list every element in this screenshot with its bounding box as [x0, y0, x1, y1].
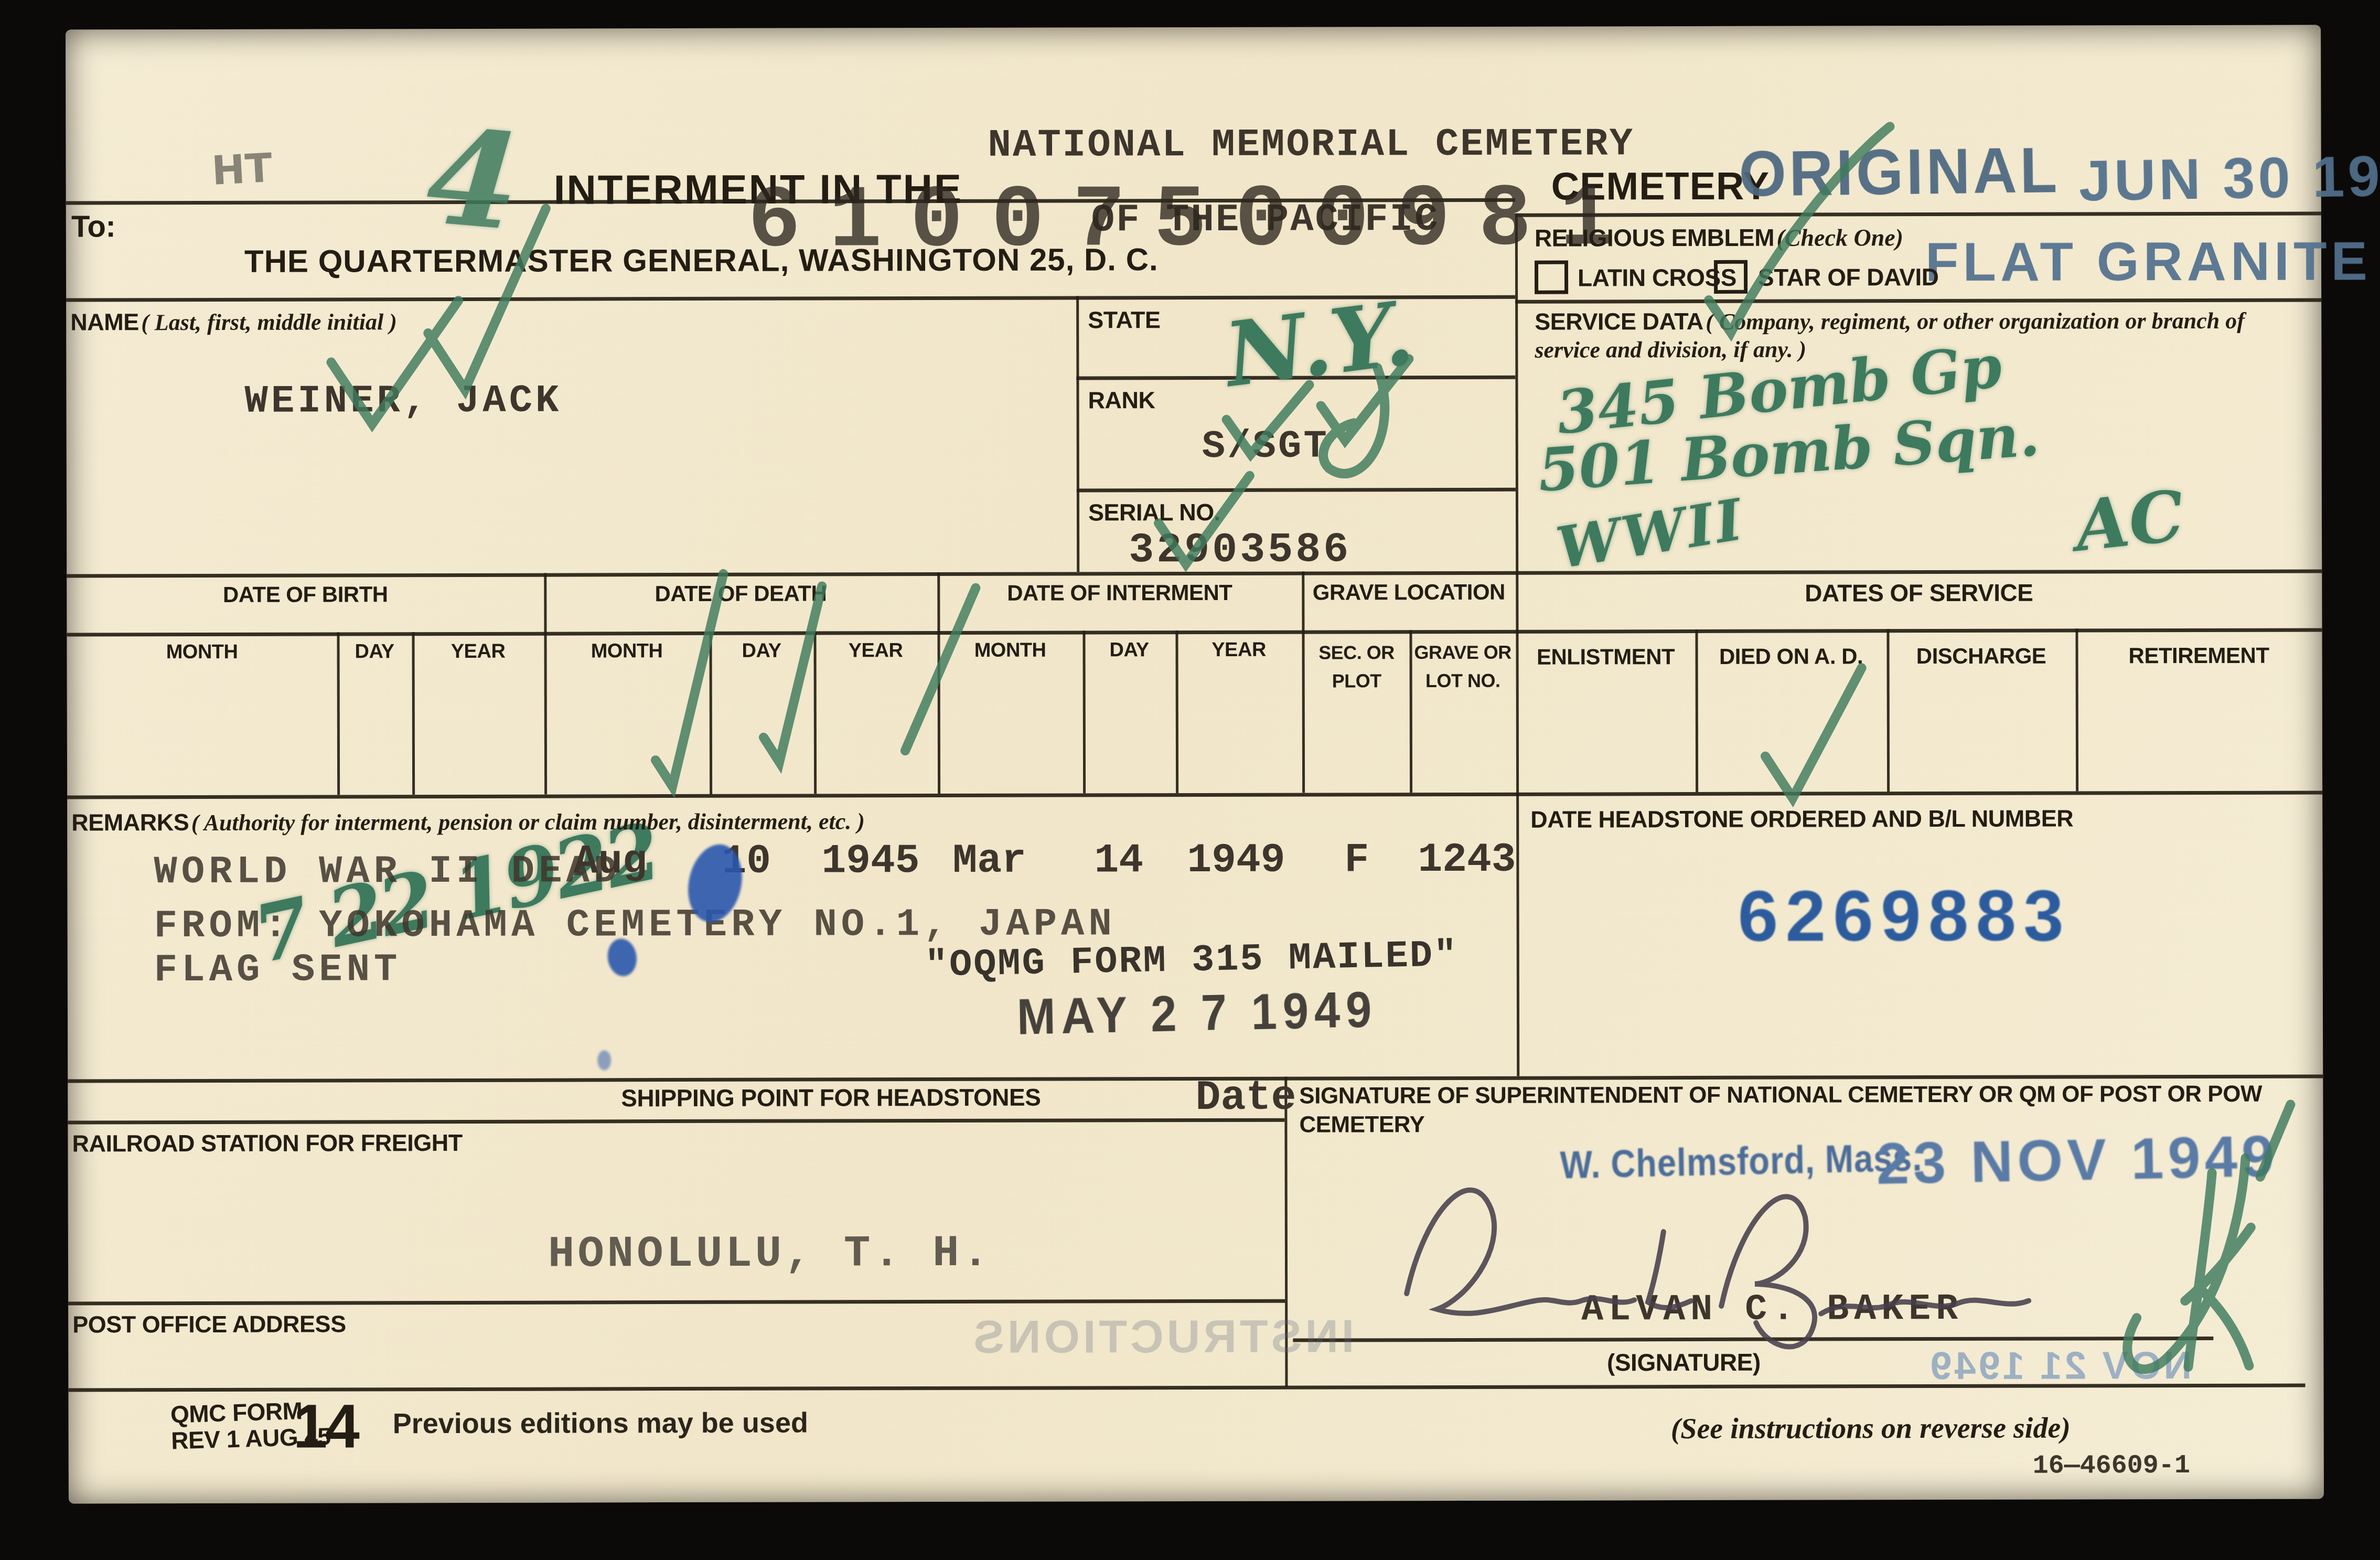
- green-mark-4: 4: [421, 99, 525, 260]
- rank-value: S/SGT: [1202, 424, 1329, 469]
- signatory-typed-name: ALVAN C. BAKER: [1581, 1289, 1963, 1331]
- retirement-col-label: RETIREMENT: [2076, 643, 2322, 668]
- remarks-label-row: REMARKS ( Authority for interment, pensi…: [71, 807, 865, 836]
- headstone-order-label: DATE HEADSTONE ORDERED AND B/L NUMBER: [1530, 805, 2073, 833]
- birth-header: DATE OF BIRTH: [67, 582, 544, 608]
- death-day-label: DAY: [710, 640, 814, 663]
- to-label: To:: [71, 209, 116, 244]
- death-year-value: 1945: [821, 838, 919, 884]
- died-on-ad-col-label: DIED ON A. D.: [1696, 644, 1887, 669]
- bleed-through-mirrored-text: INSTRUCTIONS: [970, 1309, 1354, 1364]
- interment-month-value: Mar: [952, 838, 1026, 884]
- grave-lot-value: 1243: [1418, 837, 1516, 883]
- interment-day-value: 14: [1094, 838, 1143, 884]
- mailed-date-stamp: MAY 2 7 1949: [1016, 981, 1378, 1046]
- pencil-note: HT: [210, 144, 273, 194]
- service-entry-4: AC: [2071, 475, 2188, 568]
- death-month-label: MONTH: [544, 640, 710, 663]
- railroad-label: RAILROAD STATION FOR FREIGHT: [72, 1129, 462, 1158]
- signature-block-header: SIGNATURE OF SUPERINTENDENT OF NATIONAL …: [1299, 1080, 2296, 1139]
- rule-serial-top: [1077, 488, 1516, 493]
- green-initial-k-arm: [2185, 1227, 2251, 1301]
- green-initial-k-leg: [2199, 1287, 2249, 1366]
- previous-editions-note: Previous editions may be used: [393, 1407, 808, 1440]
- interment-year-value: 1949: [1187, 838, 1285, 884]
- remarks-line-3: FLAG SENT: [154, 948, 402, 992]
- headstone-type-stamp: FLAT GRANITE: [1925, 230, 2372, 294]
- rule-signature-line: [1293, 1337, 2213, 1342]
- divider-state-column: [1076, 296, 1079, 572]
- form-paper: HT 4 INTERMENT IN THE NATIONAL MEMORIAL …: [66, 25, 2324, 1504]
- mirrored-date-stamp: NOV 21 1949: [1927, 1343, 2192, 1388]
- religious-emblem-label: RELIGIOUS EMBLEM: [1535, 224, 1774, 252]
- chelmsford-place-stamp: W. Chelmsford, Mass.: [1560, 1135, 1923, 1187]
- serial-value: 32903586: [1129, 526, 1351, 574]
- rule-dates-bottom: [67, 790, 2322, 799]
- interment-day-label: DAY: [1083, 639, 1176, 661]
- grave-lot-label: GRAVE OR LOT NO.: [1410, 638, 1515, 695]
- name-note: ( Last, first, middle initial ): [141, 309, 397, 335]
- remarks-line-1: WORLD WAR II DEAD: [154, 849, 621, 894]
- cemetery-typed-name-line1: NATIONAL MEMORIAL CEMETERY: [988, 122, 1634, 168]
- discharge-col-label: DISCHARGE: [1887, 643, 2076, 669]
- grave-sec-value: F: [1344, 837, 1369, 883]
- grave-sec-label: SEC. OR PLOT: [1304, 638, 1408, 695]
- star-of-david-checkbox: [1714, 260, 1748, 294]
- received-date-stamp: JUN 30 1949: [2078, 142, 2380, 214]
- addressee: THE QUARTERMASTER GENERAL, WASHINGTON 25…: [244, 241, 1159, 280]
- interment-year-label: YEAR: [1175, 639, 1302, 662]
- ink-blot-tiny: [597, 1050, 611, 1070]
- grave-header: GRAVE LOCATION: [1302, 580, 1516, 605]
- remarks-label: REMARKS: [71, 809, 189, 836]
- rule-under-checkboxes: [1515, 298, 2321, 303]
- remarks-note: ( Authority for interment, pension or cl…: [191, 808, 865, 836]
- bl-number-stamp: 6269883: [1738, 874, 2071, 958]
- star-of-david-label: STAR OF DAVID: [1758, 263, 1939, 292]
- name-label: NAME: [70, 308, 139, 335]
- religious-emblem-label-row: RELIGIOUS EMBLEM (Check One): [1535, 223, 1903, 252]
- shipping-point-value: HONOLULU, T. H.: [548, 1229, 992, 1280]
- latin-cross-label: LATIN CROSS: [1578, 263, 1736, 292]
- latin-cross-checkbox: [1535, 261, 1568, 294]
- birth-day-label: DAY: [337, 640, 412, 663]
- birth-year-label: YEAR: [412, 640, 544, 664]
- name-value: WEINER, JACK: [244, 379, 562, 424]
- date-typed-word: Date: [1195, 1074, 1296, 1122]
- serial-label: SERIAL NO.: [1088, 499, 1220, 527]
- rule-shipping-header: [68, 1118, 1284, 1125]
- rank-label: RANK: [1088, 387, 1155, 414]
- shipping-header: SHIPPING POINT FOR HEADSTONES: [503, 1083, 1159, 1113]
- original-stamp: ORIGINAL: [1739, 133, 2061, 211]
- enlistment-col-label: ENLISTMENT: [1516, 644, 1696, 670]
- death-header: DATE OF DEATH: [544, 581, 937, 607]
- service-data-label: SERVICE DATA: [1535, 308, 1703, 335]
- state-label: STATE: [1088, 306, 1160, 334]
- rule-dates-subheader: [67, 628, 2322, 636]
- print-code: 16—46609-1: [2033, 1451, 2190, 1481]
- see-instructions-note: (See instructions on reverse side): [1671, 1412, 2071, 1446]
- check-died-on-ad: [1765, 668, 1862, 798]
- post-office-label: POST OFFICE ADDRESS: [72, 1310, 346, 1338]
- remarks-line-2: FROM: YOKOHAMA CEMETERY NO.1, JAPAN: [154, 902, 1116, 948]
- dates-of-service-header: DATES OF SERVICE: [1516, 578, 2322, 607]
- birth-month-label: MONTH: [67, 640, 337, 664]
- signature-caption: (SIGNATURE): [1537, 1348, 1830, 1376]
- scanned-interment-form-page: { "header": { "pencil_note": "HT", "gree…: [0, 0, 2380, 1560]
- interment-header: DATE OF INTERMENT: [937, 580, 1302, 606]
- state-value: N.Y.: [1219, 281, 1419, 407]
- interment-month-label: MONTH: [938, 639, 1083, 662]
- religious-emblem-note: (Check One): [1776, 224, 1903, 251]
- form-number: 14: [293, 1391, 358, 1462]
- rule-under-honolulu: [68, 1299, 1285, 1306]
- name-label-row: NAME ( Last, first, middle initial ): [70, 308, 397, 336]
- stroke-death-year: [905, 588, 976, 751]
- death-year-label: YEAR: [814, 639, 938, 662]
